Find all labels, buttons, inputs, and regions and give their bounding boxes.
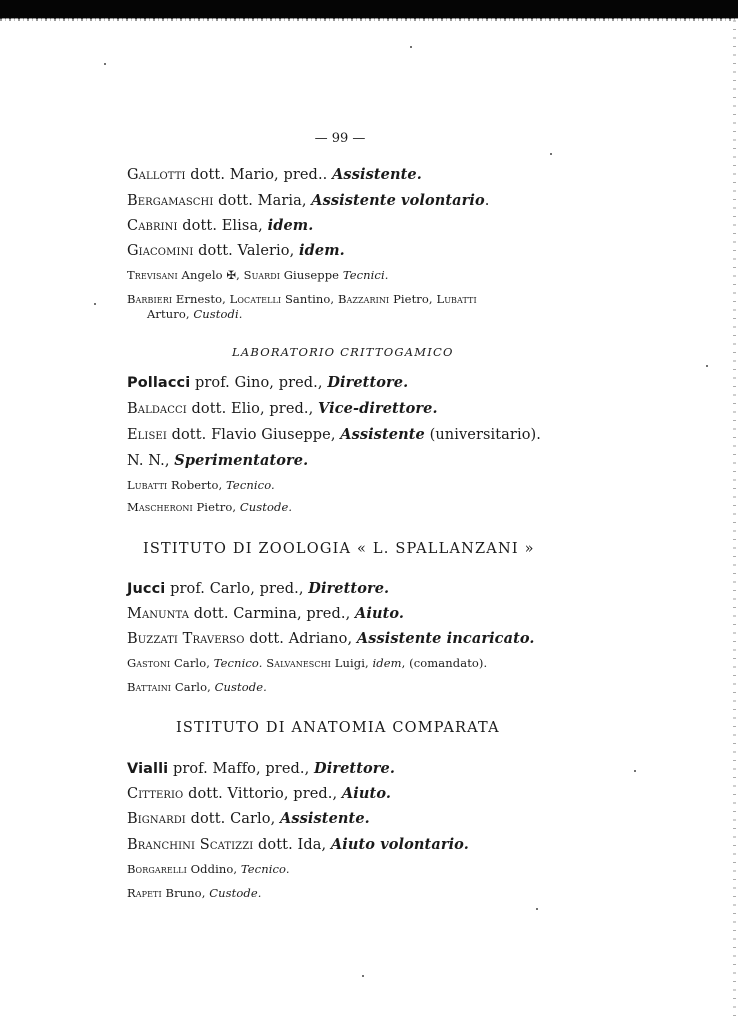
surname: Pollacci: [127, 375, 190, 391]
surname: Gastoni: [127, 656, 170, 670]
surname: Bergamaschi: [127, 193, 213, 209]
staff-entry: Vialli prof. Maffo, pred., Direttore.: [127, 760, 395, 777]
surname: Lubatti: [127, 478, 167, 492]
scan-top-border: [0, 0, 738, 19]
staff-entry: Gastoni Carlo, Tecnico. Salvaneschi Luig…: [127, 656, 487, 670]
entry-text: Angelo ✠,: [178, 268, 244, 282]
staff-entry: Gallotti dott. Mario, pred.. Assistente.: [127, 166, 422, 183]
staff-entry: Bergamaschi dott. Maria, Assistente volo…: [127, 192, 490, 209]
surname: Giacomini: [127, 243, 193, 259]
entry-text: .: [485, 193, 490, 209]
surname: Baldacci: [127, 401, 187, 417]
entry-text: Luigi,: [331, 656, 373, 670]
entry-text: dott. Mario, pred..: [186, 167, 333, 183]
entry-text: prof. Carlo, pred.,: [165, 581, 308, 597]
entry-text: dott. Ida,: [253, 837, 331, 853]
entry-text: Pietro,: [193, 500, 240, 514]
staff-entry: Branchini Scatizzi dott. Ida, Aiuto volo…: [127, 836, 469, 853]
role: Aiuto.: [342, 785, 391, 802]
scan-speck: [634, 770, 636, 772]
entry-text: dott. Valerio,: [193, 243, 299, 259]
role: Custode.: [209, 886, 261, 900]
entry-text: Arturo,: [147, 307, 193, 321]
entry-text: Giuseppe: [280, 268, 343, 282]
entry-text: dott. Elisa,: [178, 218, 268, 234]
staff-entry: Mascheroni Pietro, Custode.: [127, 500, 292, 514]
section-heading-laboratorio-crittogamico: LABORATORIO CRITTOGAMICO: [232, 345, 454, 359]
surname: Jucci: [127, 581, 165, 597]
surname: Vialli: [127, 761, 168, 777]
staff-entry: Jucci prof. Carlo, pred., Direttore.: [127, 580, 389, 597]
role: Custodi.: [193, 307, 242, 321]
staff-entry: Trevisani Angelo ✠, Suardi Giuseppe Tecn…: [127, 268, 389, 282]
role: Direttore.: [308, 580, 389, 597]
surname: Citterio: [127, 786, 183, 802]
entry-text: Roberto,: [167, 478, 226, 492]
entry-text: dott. Flavio Giuseppe,: [167, 427, 340, 443]
surname: Elisei: [127, 427, 167, 443]
staff-entry: Battaini Carlo, Custode.: [127, 680, 267, 694]
role: Custode.: [240, 500, 292, 514]
surname: Trevisani: [127, 268, 178, 282]
role: Vice-direttore.: [318, 400, 438, 417]
role: Tecnico.: [214, 656, 263, 670]
surname: Battaini: [127, 680, 171, 694]
role: Assistente volontario: [311, 192, 485, 209]
staff-entry: Bignardi dott. Carlo, Assistente.: [127, 810, 370, 827]
role: Aiuto.: [355, 605, 404, 622]
entry-text: Oddino,: [187, 862, 241, 876]
role: Assistente.: [332, 166, 422, 183]
role: idem.: [268, 217, 314, 234]
entry-text: dott. Vittorio, pred.,: [183, 786, 342, 802]
staff-entry: Borgarelli Oddino, Tecnico.: [127, 862, 290, 876]
surname: Borgarelli: [127, 862, 187, 876]
staff-entry: Cabrini dott. Elisa, idem.: [127, 217, 313, 234]
page-number: — 99 —: [0, 131, 680, 146]
surname: Salvaneschi: [266, 656, 331, 670]
staff-entry: Pollacci prof. Gino, pred., Direttore.: [127, 374, 408, 391]
staff-entry: Baldacci dott. Elio, pred., Vice-diretto…: [127, 400, 438, 417]
staff-entry: Giacomini dott. Valerio, idem.: [127, 242, 345, 259]
surname: Bignardi: [127, 811, 186, 827]
entry-text: Bruno,: [162, 886, 209, 900]
entry-text: Santino,: [281, 292, 338, 306]
entry-text: Pietro,: [389, 292, 436, 306]
section-heading-istituto-zoologia: ISTITUTO DI ZOOLOGIA « L. SPALLANZANI »: [143, 541, 535, 557]
scan-speck: [104, 63, 106, 65]
entry-text: dott. Adriano,: [245, 631, 357, 647]
entry-text: N. N.,: [127, 453, 174, 469]
entry-text: Carlo,: [170, 656, 214, 670]
surname: Branchini Scatizzi: [127, 837, 253, 853]
role: Direttore.: [314, 760, 395, 777]
entry-text: dott. Carlo,: [186, 811, 280, 827]
role: Tecnico.: [241, 862, 290, 876]
staff-entry: Lubatti Roberto, Tecnico.: [127, 478, 275, 492]
staff-entry: Arturo, Custodi.: [147, 307, 243, 321]
role: Tecnici.: [343, 268, 389, 282]
role: Custode.: [215, 680, 267, 694]
surname: Gallotti: [127, 167, 186, 183]
scan-speck: [362, 975, 364, 977]
staff-entry: N. N., Sperimentatore.: [127, 452, 308, 469]
staff-entry: Manunta dott. Carmina, pred., Aiuto.: [127, 605, 404, 622]
role: Assistente incaricato.: [357, 630, 535, 647]
scan-right-edge: [733, 20, 736, 1020]
entry-text: dott. Carmina, pred.,: [189, 606, 355, 622]
staff-entry: Barbieri Ernesto, Locatelli Santino, Baz…: [127, 292, 477, 306]
surname: Barbieri: [127, 292, 172, 306]
entry-text: Carlo,: [171, 680, 215, 694]
scan-speck: [410, 46, 412, 48]
entry-text: (universitario).: [425, 427, 541, 443]
entry-text: dott. Elio, pred.,: [187, 401, 318, 417]
scan-top-border-edge: [0, 18, 738, 21]
section-heading-istituto-anatomia-comparata: ISTITUTO DI ANATOMIA COMPARATA: [176, 720, 500, 736]
staff-entry: Elisei dott. Flavio Giuseppe, Assistente…: [127, 426, 541, 443]
role: Direttore.: [327, 374, 408, 391]
surname: Manunta: [127, 606, 189, 622]
surname: Bazzarini: [338, 292, 389, 306]
surname: Buzzati Traverso: [127, 631, 245, 647]
surname: Cabrini: [127, 218, 178, 234]
surname: Lubatti: [436, 292, 476, 306]
surname: Locatelli: [230, 292, 282, 306]
role: Sperimentatore.: [174, 452, 308, 469]
role: Tecnico.: [226, 478, 275, 492]
entry-text: , (comandato).: [402, 656, 488, 670]
scan-speck: [550, 153, 552, 155]
surname: Mascheroni: [127, 500, 193, 514]
staff-entry: Buzzati Traverso dott. Adriano, Assisten…: [127, 630, 535, 647]
role: Aiuto volontario.: [331, 836, 469, 853]
entry-text: Ernesto,: [172, 292, 230, 306]
scan-speck: [536, 908, 538, 910]
staff-entry: Citterio dott. Vittorio, pred., Aiuto.: [127, 785, 391, 802]
role: idem.: [299, 242, 345, 259]
entry-text: dott. Maria,: [213, 193, 311, 209]
entry-text: prof. Gino, pred.,: [190, 375, 327, 391]
role: idem: [372, 656, 401, 670]
scan-speck: [706, 365, 708, 367]
role: Assistente.: [280, 810, 370, 827]
staff-entry: Rapeti Bruno, Custode.: [127, 886, 262, 900]
entry-text: prof. Maffo, pred.,: [168, 761, 314, 777]
role: Assistente: [340, 426, 425, 443]
surname: Suardi: [244, 268, 280, 282]
surname: Rapeti: [127, 886, 162, 900]
scan-speck: [94, 303, 96, 305]
